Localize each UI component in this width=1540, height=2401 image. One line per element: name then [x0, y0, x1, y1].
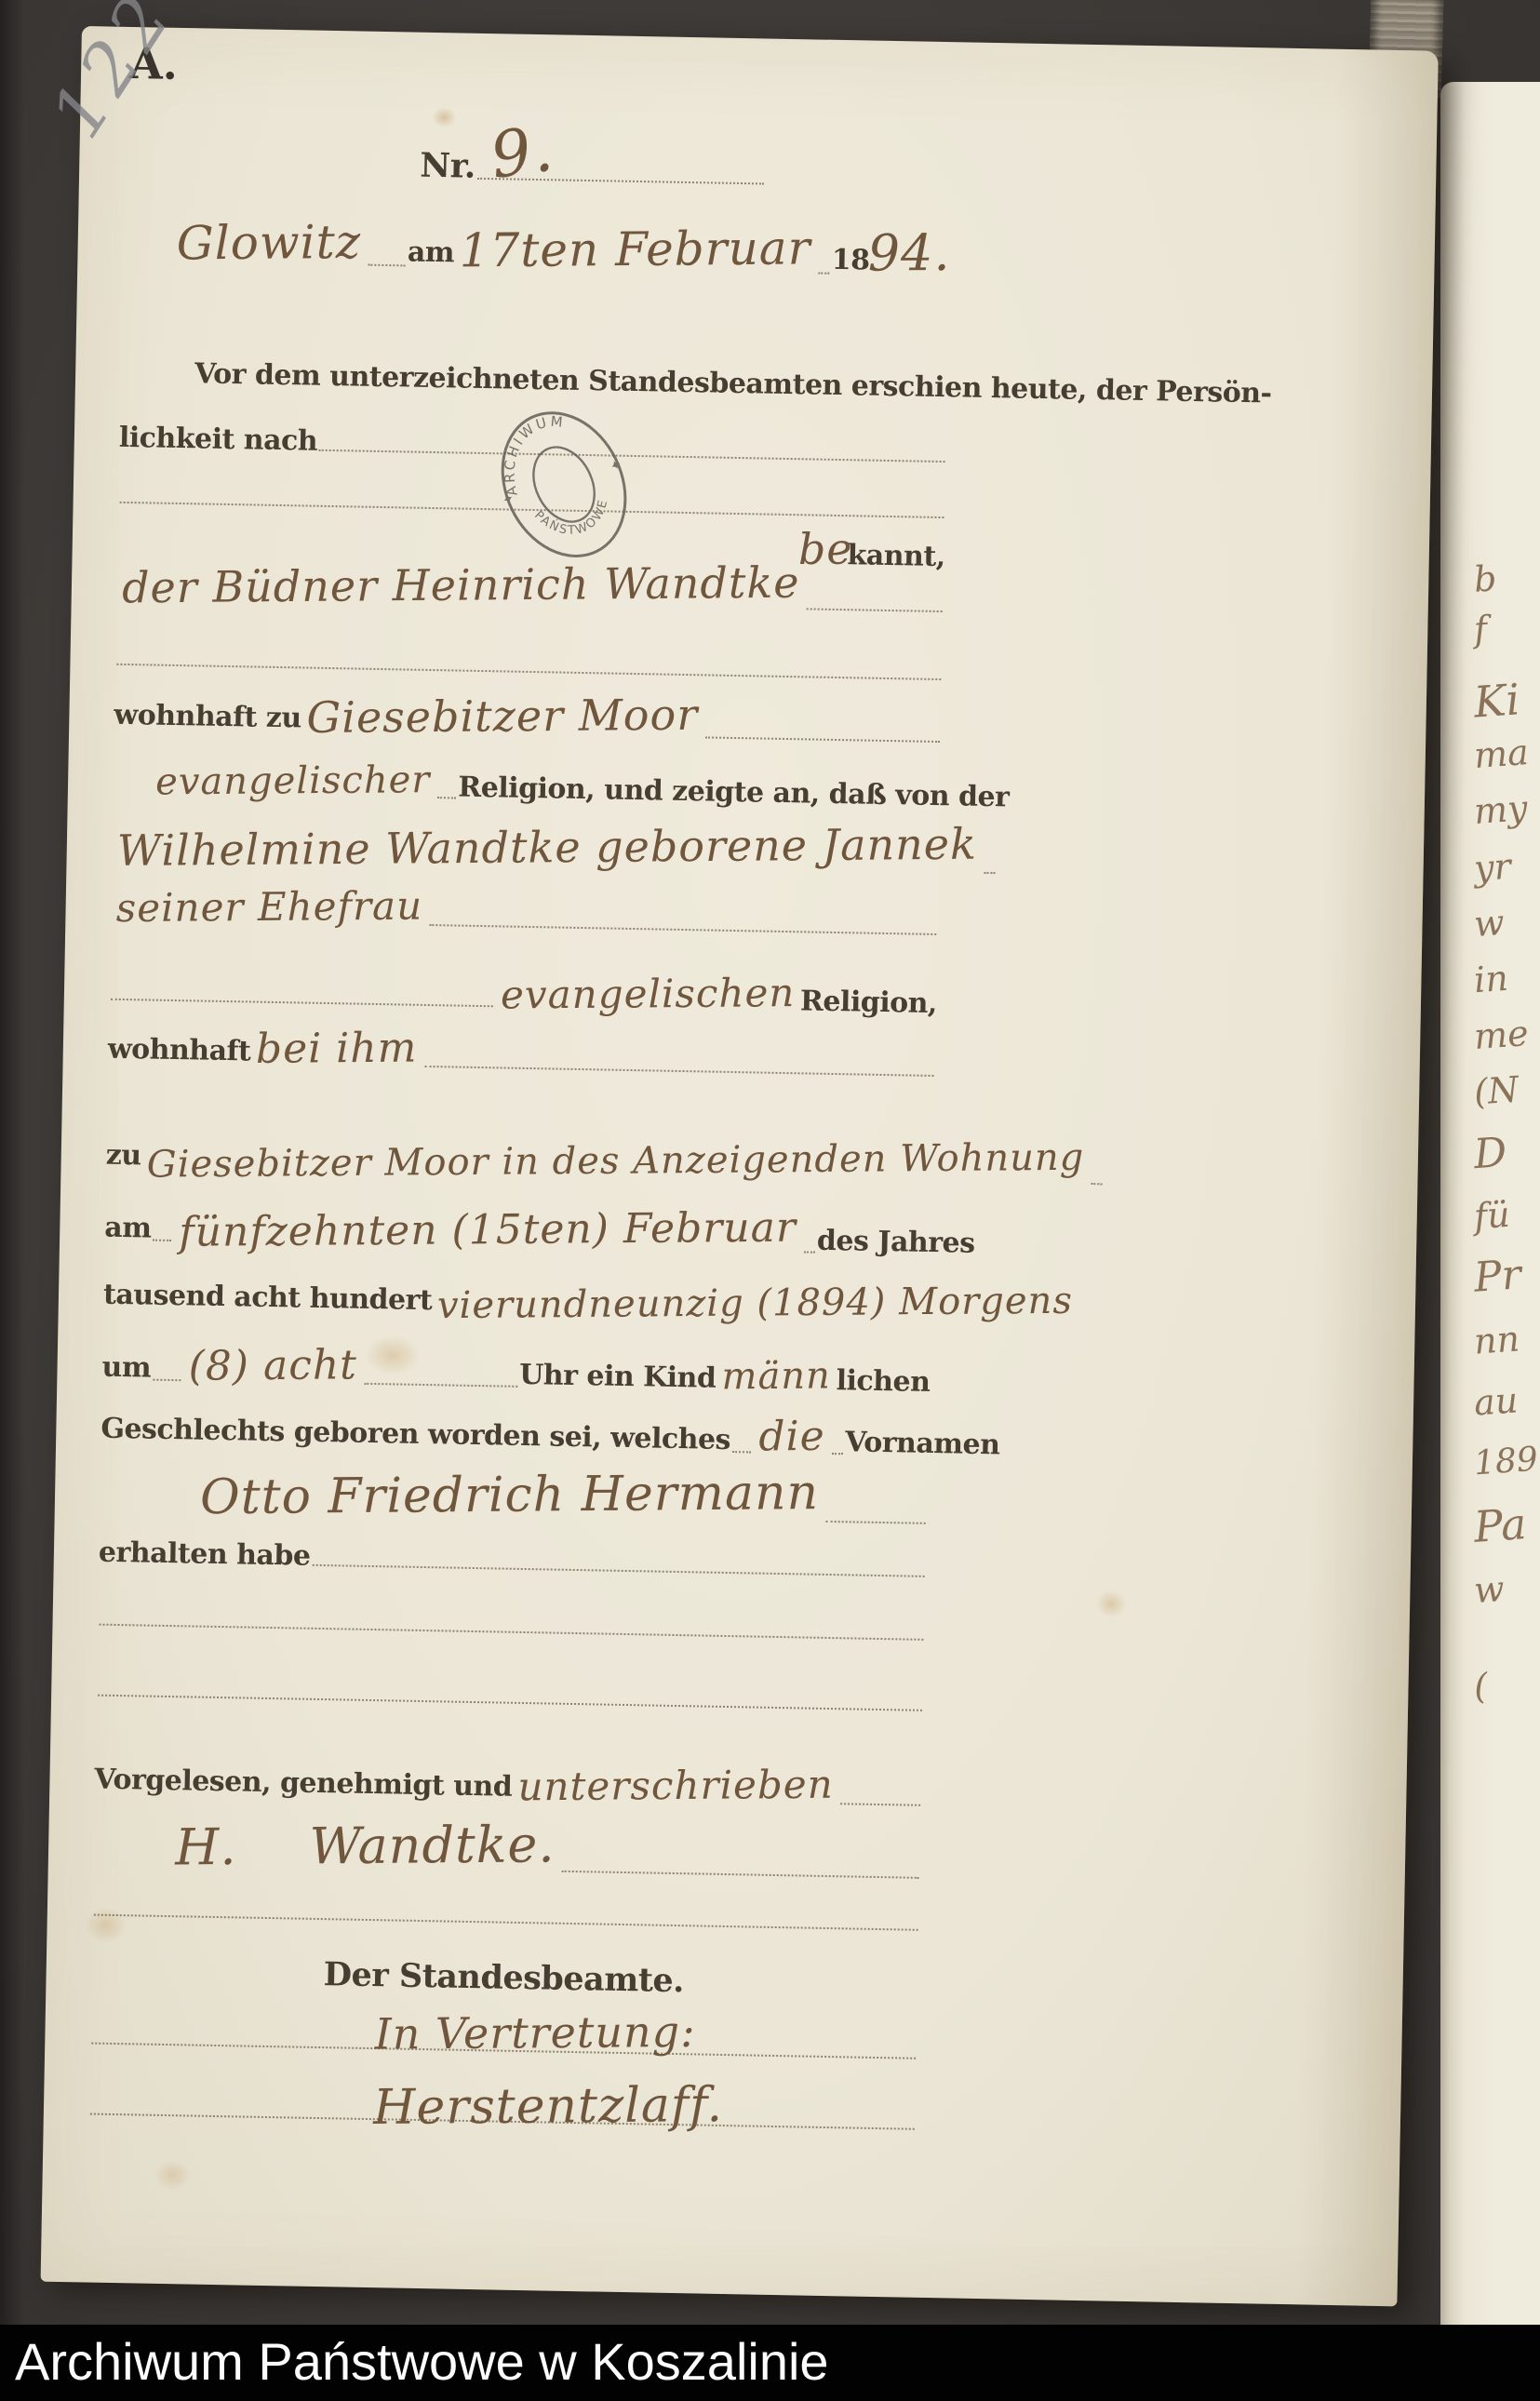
wohnhaft-zu-label: wohnhaft zu: [114, 699, 301, 735]
dotted-line: [804, 1236, 815, 1253]
lichen-label: lichen: [836, 1364, 930, 1399]
hour-line: um (8) acht Uhr ein Kind männ lichen: [101, 1339, 931, 1402]
mother-hand: Wilhelmine Wandtke geborene Jannek: [117, 819, 977, 876]
handwriting-fragment: my: [1473, 787, 1529, 832]
dotted-line: [153, 1225, 171, 1241]
dotted-line: [832, 1438, 843, 1455]
dotted-line: [840, 1788, 920, 1806]
handwriting-fragment: fü: [1473, 1194, 1512, 1238]
blank-dotted-line: [92, 1899, 920, 1938]
handwriting-fragment: yr: [1473, 846, 1513, 890]
handwriting-fragment: f: [1472, 609, 1488, 651]
religion-line-2: evangelischen Religion,: [109, 961, 938, 1022]
place-date-line: Glowitz am 17ten Februar 18 94.: [170, 210, 951, 283]
dotted-line: [111, 984, 493, 1008]
geschlechts-label: Geschlechts geboren worden sei, welches: [100, 1413, 730, 1456]
in-vertretung-hand: In Vertretung:: [374, 2006, 695, 2059]
handwriting-fragment: D: [1472, 1129, 1508, 1178]
dotted-line: [312, 1549, 925, 1577]
place-hand: Glowitz: [177, 215, 362, 271]
dotted-line: [364, 1368, 517, 1388]
religion2-hand: evangelischen: [501, 970, 796, 1017]
blank-dotted-line: [97, 1609, 925, 1647]
relation-hand: seiner Ehefrau: [116, 883, 423, 932]
watermark-text: Archiwum Państwowe w Koszalinie: [0, 2325, 1540, 2399]
registrar-heading-line: Der Standesbeamte.: [323, 1955, 919, 2005]
handwriting-fragment: (N: [1473, 1068, 1520, 1112]
dotted-line: [1091, 1168, 1103, 1185]
am2-label: am: [104, 1212, 152, 1245]
tausend-label: tausend acht hundert: [103, 1279, 433, 1317]
dotted-line: [98, 1680, 922, 1711]
paper-stain: [1095, 1589, 1128, 1618]
relation-line: seiner Ehefrau: [110, 881, 939, 942]
intro-text-2: lichkeit nach: [119, 422, 318, 458]
vorgelesen-line: Vorgelesen, genehmigt und unterschrieben: [94, 1752, 923, 1813]
zu-label: zu: [105, 1139, 141, 1173]
birthday-line: am fünfzehnten (15ten) Februar des Jahre…: [104, 1200, 933, 1262]
handwriting-fragment: w: [1473, 1568, 1507, 1611]
registrar-heading: Der Standesbeamte.: [323, 1955, 684, 2000]
declarant-signature-line: H. Wandtke.: [169, 1813, 922, 1885]
handwriting-fragment: nn: [1473, 1318, 1521, 1361]
scan-background: b f Ki ma my yr w in me (N D fü Pr nn au…: [0, 0, 1540, 2401]
dotted-line: [100, 1609, 924, 1641]
paper-stain: [432, 107, 456, 127]
religion-line-1: evangelischer Religion, und zeigte an, d…: [150, 757, 942, 814]
uhr-label: Uhr ein Kind: [519, 1359, 716, 1395]
declarant-hand: der Büdner Heinrich Wandtke: [122, 557, 800, 613]
blank-dotted-line: [96, 1680, 924, 1718]
article-hand: die: [758, 1413, 825, 1461]
des-jahres-label: des Jahres: [817, 1225, 975, 1260]
dotted-line: [705, 721, 940, 743]
handwriting-fragment: au: [1473, 1379, 1520, 1423]
year-words-line: tausend acht hundert vierundneunzig (189…: [103, 1270, 932, 1328]
nr-label: Nr.: [420, 146, 475, 186]
registrar-signature-hand: Herstentzlaff.: [373, 2077, 723, 2136]
residence-hand: Giesebitzer Moor: [307, 690, 699, 743]
vorgelesen-label: Vorgelesen, genehmigt und: [94, 1764, 512, 1804]
dotted-line: [562, 1856, 919, 1879]
dotted-line: [368, 249, 406, 267]
birthday-hand: fünfzehnten (15ten) Februar: [179, 1204, 797, 1256]
handwriting-fragment: 189: [1473, 1441, 1539, 1483]
erhalten-line: erhalten habe: [99, 1536, 927, 1584]
handwriting-fragment: (: [1472, 1666, 1489, 1708]
registrar-signature-line: Herstentzlaff.: [88, 2099, 917, 2137]
year-print: 18: [831, 244, 869, 277]
birthplace-line: zu Giesebitzer Moor in des Anzeigenden W…: [105, 1131, 934, 1188]
blank-dotted-line: [114, 649, 943, 687]
record-number-hand: 9.: [486, 112, 557, 193]
handwriting-fragment: b: [1472, 557, 1497, 600]
dotted-line: [319, 435, 945, 463]
am-label: am: [408, 235, 455, 269]
record-number-line: Nr. 9.: [420, 146, 767, 192]
child-names-line: Otto Friedrich Hermann: [194, 1461, 929, 1530]
dotted-line: [825, 1506, 926, 1524]
hour-hand: (8) acht: [188, 1341, 357, 1389]
document-page: A. 122 Nr. 9. Glowitz am 17ten Februar 1…: [41, 26, 1439, 2306]
date-hand: 17ten Februar: [460, 221, 811, 277]
religion1-hand: evangelischer: [155, 758, 431, 803]
handwriting-fragment: Pr: [1472, 1251, 1522, 1301]
next-page-edge: b f Ki ma my yr w in me (N D fü Pr nn au…: [1440, 82, 1540, 2327]
dotted-line: [116, 649, 941, 680]
declarant-signature-hand: H. Wandtke.: [175, 1815, 556, 1876]
handwriting-fragment: ma: [1473, 731, 1531, 776]
um-label: um: [101, 1351, 151, 1385]
intro-text-1: Vor dem unterzeichneten Standesbeamten e…: [194, 357, 1272, 409]
dotted-line: [94, 1899, 918, 1931]
year-hand: 94.: [867, 223, 950, 283]
dotted-line: [437, 782, 456, 798]
wohnhaft-line: wohnhaft bei ihm: [107, 1021, 936, 1083]
handwriting-fragment: Ki: [1472, 674, 1521, 727]
year-words-hand: vierundneunzig (1894) Morgens: [437, 1280, 1073, 1327]
residence-line: wohnhaft zu Giesebitzer Moor: [114, 684, 943, 749]
mother-line: Wilhelmine Wandtke geborene Jannek: [111, 814, 940, 879]
erhalten-label: erhalten habe: [99, 1536, 311, 1573]
dotted-line: [153, 1364, 181, 1382]
sex-hand: männ: [721, 1354, 831, 1398]
handwriting-fragment: in: [1473, 958, 1510, 1000]
paper-stain: [154, 2159, 192, 2192]
dotted-line: [732, 1436, 751, 1453]
religion2-print: Religion,: [800, 985, 938, 1020]
dotted-line: [984, 857, 995, 874]
dotted-line: [430, 909, 937, 935]
unterschrieben-hand: unterschrieben: [517, 1762, 834, 1810]
handwriting-fragment: w: [1473, 902, 1507, 945]
wohnhaft-label: wohnhaft: [108, 1033, 251, 1068]
birthplace-hand: Giesebitzer Moor in des Anzeigenden Wohn…: [146, 1136, 1084, 1187]
dotted-line: [807, 593, 943, 612]
religion1-print: Religion, und zeigte an, daß von der: [458, 771, 1010, 814]
child-names-hand: Otto Friedrich Hermann: [200, 1465, 819, 1525]
dotted-line: [818, 258, 829, 275]
dotted-line: [424, 1051, 933, 1077]
registrar-deputy-line: In Vertretung:: [89, 2028, 917, 2066]
watermark-bar: Archiwum Państwowe w Koszalinie: [0, 2325, 1540, 2401]
wohnhaft-hand: bei ihm: [256, 1025, 418, 1073]
handwriting-fragment: me: [1473, 1013, 1530, 1057]
geschlechts-line: Geschlechts geboren worden sei, welches …: [100, 1401, 930, 1463]
vornamen-label: Vornamen: [845, 1426, 1000, 1461]
handwriting-fragment: Pa: [1472, 1498, 1528, 1552]
